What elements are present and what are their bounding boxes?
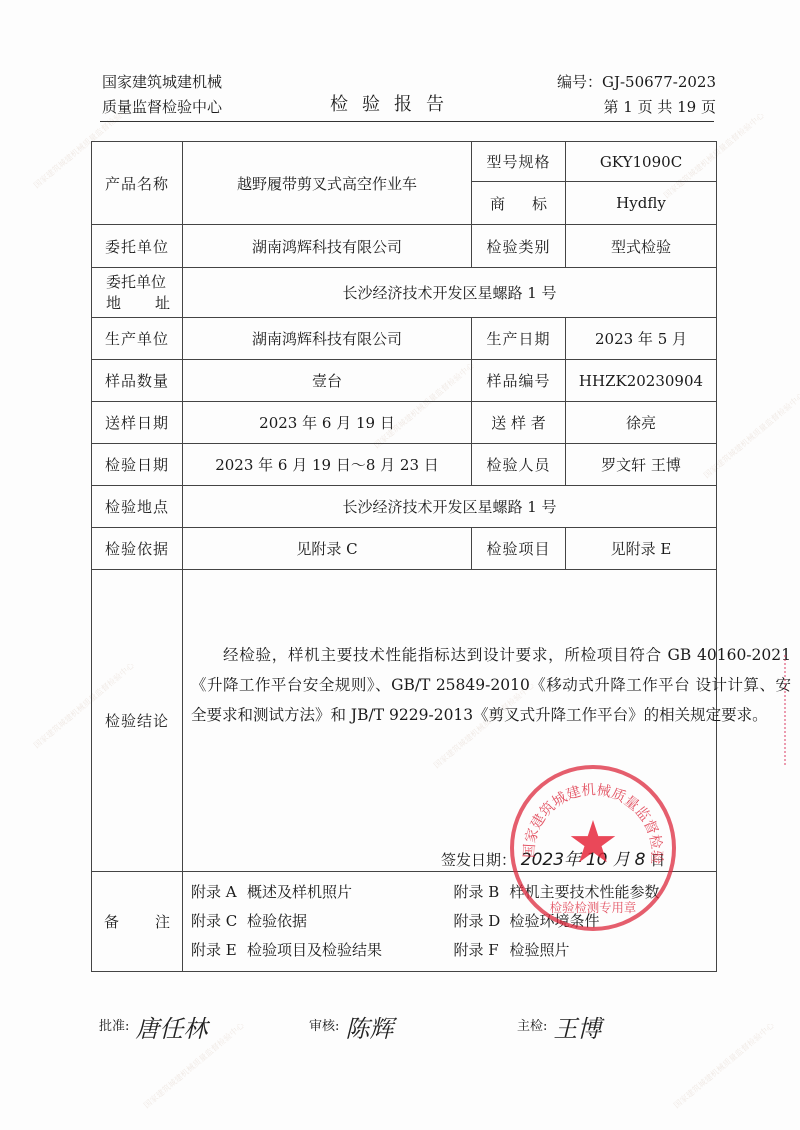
client-value: 湖南鸿辉科技有限公司 xyxy=(183,225,472,268)
table-row: 产品名称 越野履带剪叉式高空作业车 型号规格 GKY1090C xyxy=(92,142,717,182)
table-row: 检验结论 经检验，样机主要技术性能指标达到设计要求，所检项目符合 GB 4016… xyxy=(92,570,717,872)
inspection-type-value: 型式检验 xyxy=(566,225,717,268)
table-row: 委托单位 湖南鸿辉科技有限公司 检验类别 型式检验 xyxy=(92,225,717,268)
review-signature: 审核: 陈辉 xyxy=(309,1015,393,1044)
appendix-list: 附录 A概述及样机照片 附录 B样机主要技术性能参数 附录 C检验依据 附录 D… xyxy=(183,872,717,972)
report-table: 产品名称 越野履带剪叉式高空作业车 型号规格 GKY1090C 商标 Hydfl… xyxy=(91,141,717,972)
report-title: 检验报告 xyxy=(330,95,458,115)
header-rule xyxy=(100,121,714,122)
notes-label: 备注 xyxy=(92,872,183,972)
issue-month: 10 月 xyxy=(586,850,630,870)
appendix-item: 附录 C检验依据 xyxy=(191,907,454,936)
conclusion-cell: 经检验，样机主要技术性能指标达到设计要求，所检项目符合 GB 40160-202… xyxy=(183,570,717,872)
production-date-label: 生产日期 xyxy=(472,318,566,360)
approve-handwriting: 唐任林 xyxy=(135,1009,207,1044)
delivery-date-label: 送样日期 xyxy=(92,402,183,444)
issue-date: 签发日期： 2023年 10 月 8 日 xyxy=(441,845,665,870)
table-row: 送样日期 2023 年 6 月 19 日 送 样 者 徐亮 xyxy=(92,402,717,444)
table-row: 检验日期 2023 年 6 月 19 日～8 月 23 日 检验人员 罗文轩 王… xyxy=(92,444,717,486)
delivery-date-value: 2023 年 6 月 19 日 xyxy=(183,402,472,444)
inspectors-value: 罗文轩 王博 xyxy=(566,444,717,486)
model-value: GKY1090C xyxy=(566,142,717,182)
appendix-item: 附录 D检验环境条件 xyxy=(454,907,717,936)
sample-no-label: 样品编号 xyxy=(472,360,566,402)
issue-day: 8 xyxy=(635,850,646,870)
client-address-label: 委托单位 地址 xyxy=(92,268,183,318)
watermark: 国家建筑城建机械质量监督检验中心 xyxy=(671,1020,776,1111)
issue-year: 2023年 xyxy=(521,850,581,870)
items-label: 检验项目 xyxy=(472,528,566,570)
table-row: 委托单位 地址 长沙经济技术开发区星螺路 1 号 xyxy=(92,268,717,318)
table-row: 检验地点 长沙经济技术开发区星螺路 1 号 xyxy=(92,486,717,528)
table-row: 备注 附录 A概述及样机照片 附录 B样机主要技术性能参数 附录 C检验依据 附… xyxy=(92,872,717,972)
location-label: 检验地点 xyxy=(92,486,183,528)
sender-value: 徐亮 xyxy=(566,402,717,444)
client-address-value: 长沙经济技术开发区星螺路 1 号 xyxy=(183,268,717,318)
sample-qty-value: 壹台 xyxy=(183,360,472,402)
inspectors-label: 检验人员 xyxy=(472,444,566,486)
trademark-label: 商标 xyxy=(472,182,566,225)
approve-signature: 批准: 唐任林 xyxy=(99,1015,207,1044)
inspection-date-label: 检验日期 xyxy=(92,444,183,486)
trademark-value: Hydfly xyxy=(566,182,717,225)
sample-no-value: HHZK20230904 xyxy=(566,360,717,402)
items-value: 见附录 E xyxy=(566,528,717,570)
inspection-date-value: 2023 年 6 月 19 日～8 月 23 日 xyxy=(183,444,472,486)
org-name-line1: 国家建筑城建机械 xyxy=(102,72,222,92)
table-row: 生产单位 湖南鸿辉科技有限公司 生产日期 2023 年 5 月 xyxy=(92,318,717,360)
page-info: 第 1 页 共 19 页 xyxy=(604,97,716,117)
location-value: 长沙经济技术开发区星螺路 1 号 xyxy=(183,486,717,528)
appendix-item: 附录 E检验项目及检验结果 xyxy=(191,936,454,965)
org-name-line2: 质量监督检验中心 xyxy=(102,97,222,117)
seam-stamp-edge xyxy=(784,655,794,765)
product-name-label: 产品名称 xyxy=(92,142,183,225)
basis-value: 见附录 C xyxy=(183,528,472,570)
conclusion-label: 检验结论 xyxy=(92,570,183,872)
inspection-type-label: 检验类别 xyxy=(472,225,566,268)
basis-label: 检验依据 xyxy=(92,528,183,570)
appendix-item: 附录 A概述及样机照片 xyxy=(191,878,454,907)
conclusion-text: 经检验，样机主要技术性能指标达到设计要求，所检项目符合 GB 40160-202… xyxy=(191,640,791,730)
review-handwriting: 陈辉 xyxy=(345,1009,393,1044)
appendix-item: 附录 F检验照片 xyxy=(454,936,717,965)
product-name-value: 越野履带剪叉式高空作业车 xyxy=(183,142,472,225)
production-date-value: 2023 年 5 月 xyxy=(566,318,717,360)
manufacturer-value: 湖南鸿辉科技有限公司 xyxy=(183,318,472,360)
client-label: 委托单位 xyxy=(92,225,183,268)
chief-handwriting: 王博 xyxy=(553,1009,601,1044)
sender-label: 送 样 者 xyxy=(472,402,566,444)
model-label: 型号规格 xyxy=(472,142,566,182)
table-row: 样品数量 壹台 样品编号 HHZK20230904 xyxy=(92,360,717,402)
chief-signature: 主检: 王博 xyxy=(517,1015,601,1044)
manufacturer-label: 生产单位 xyxy=(92,318,183,360)
appendix-item: 附录 B样机主要技术性能参数 xyxy=(454,878,717,907)
table-row: 检验依据 见附录 C 检验项目 见附录 E xyxy=(92,528,717,570)
report-number: 编号：GJ-50677-2023 xyxy=(557,72,716,92)
sample-qty-label: 样品数量 xyxy=(92,360,183,402)
